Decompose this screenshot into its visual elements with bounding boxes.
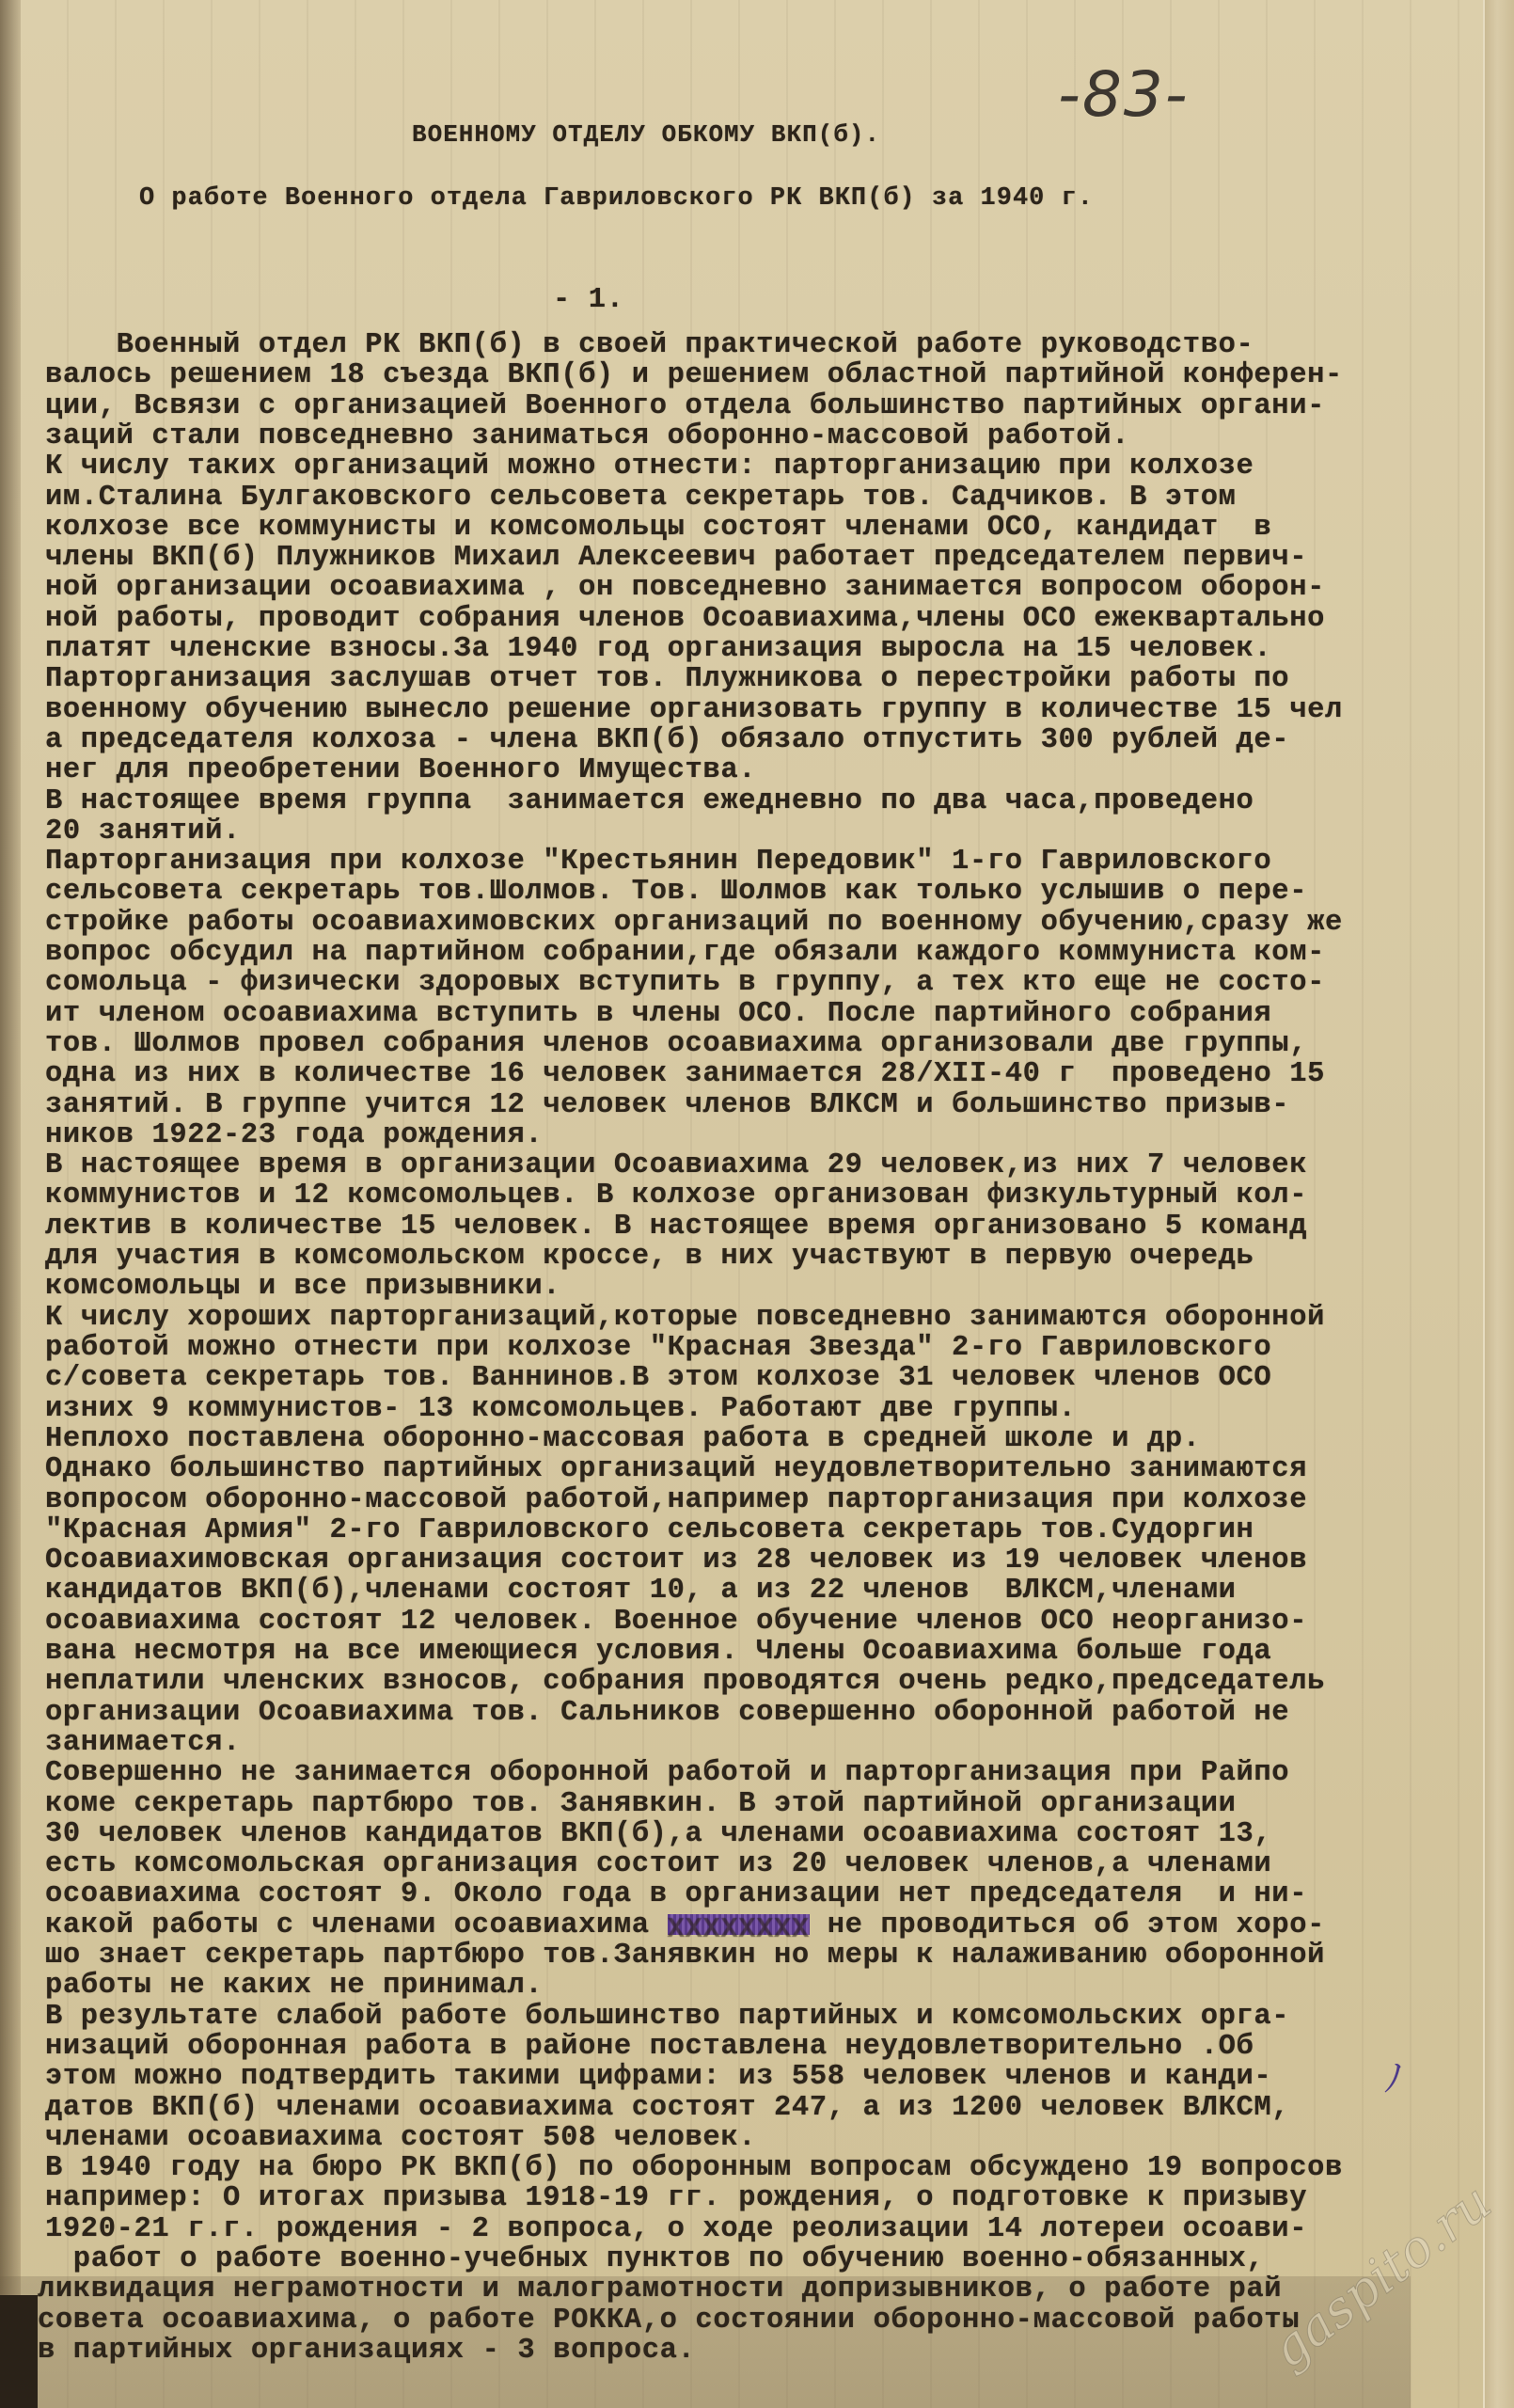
text-line: Однако большинство партийных организаций… xyxy=(45,1453,1307,1485)
text-line: колхозе все коммунисты и комсомольцы сос… xyxy=(45,512,1271,544)
text-line: занятий. В группе учится 12 человек член… xyxy=(45,1089,1289,1121)
text-line: кандидатов ВКП(б),членами состоят 10, а … xyxy=(45,1575,1237,1607)
text-line: осоавиахима состоят 12 человек. Военное … xyxy=(45,1606,1307,1638)
text-line: ной работы, проводит собрания членов Осо… xyxy=(45,603,1325,635)
text-line: неплатили членских взносов, собрания про… xyxy=(45,1666,1325,1698)
text-line: заций стали повседневно заниматься оборо… xyxy=(45,420,1129,452)
text-line: низаций оборонная работа в районе постав… xyxy=(45,2031,1254,2063)
document-header: ВОЕННОМУ ОТДЕЛУ ОБКОМУ ВКП(б). xyxy=(412,120,880,149)
text-line: какой работы с членами осоавиахима XXXXX… xyxy=(45,1909,1325,1941)
ink-struck-out-word: XXXXXXXX xyxy=(668,1914,810,1935)
text-line: Совершенно не занимается оборонной работ… xyxy=(45,1757,1289,1789)
text-line: осоавиахима состоят 9. Около года в орга… xyxy=(45,1878,1307,1910)
text-line: ит членом осоавиахима вступить в члены О… xyxy=(45,998,1271,1030)
text-line: для участия в комсомольском кроссе, в ни… xyxy=(45,1241,1254,1273)
text-line: работы не каких не принимал. xyxy=(45,1970,543,2002)
text-line: ной организации осоавиахима , он повседн… xyxy=(45,572,1325,604)
text-line: сельсовета секретарь тов.Шолмов. Тов. Шо… xyxy=(45,876,1307,908)
text-line: совета осоавиахима, о работе РОККА,о сос… xyxy=(38,2305,1300,2337)
section-number: - 1. xyxy=(553,284,624,316)
document-subtitle: О работе Военного отдела Гавриловского Р… xyxy=(139,184,1094,213)
text-line: 20 занятий. xyxy=(45,816,241,848)
handwritten-checkmark: ﾉ xyxy=(1384,2049,1403,2102)
text-line: коммунистов и 12 комсомольцев. В колхозе… xyxy=(45,1180,1307,1212)
text-line: работой можно отнести при колхозе "Красн… xyxy=(45,1332,1271,1364)
text-line: В результате слабой работе большинство п… xyxy=(45,2001,1289,2033)
text-line: тов. Шолмов провел собрания членов осоав… xyxy=(45,1028,1307,1060)
text-line: этом можно подтвердить такими цифрами: и… xyxy=(45,2061,1271,2093)
text-line: занимается. xyxy=(45,1727,241,1759)
text-line: Парторганизация при колхозе "Крестьянин … xyxy=(45,846,1271,878)
text-line: ников 1922-23 года рождения. xyxy=(45,1119,543,1151)
text-line: военному обучению вынесло решение органи… xyxy=(45,694,1343,726)
text-line: сомольца - физически здоровых вступить в… xyxy=(45,967,1325,999)
text-line: "Красная Армия" 2-го Гавриловского сельс… xyxy=(45,1514,1254,1546)
text-line: 1920-21 г.г. рождения - 2 вопроса, о ход… xyxy=(45,2213,1307,2245)
text-line: организации Осоавиахима тов. Сальников с… xyxy=(45,1697,1289,1729)
text-line: вана несмотря на все имеющиеся условия. … xyxy=(45,1636,1271,1668)
text-line: лектив в количестве 15 человек. В настоя… xyxy=(45,1211,1307,1243)
text-line: им.Сталина Булгаковского сельсовета секр… xyxy=(45,482,1237,514)
text-line: платят членские взносы.За 1940 год орган… xyxy=(45,633,1271,665)
text-line: Военный отдел РК ВКП(б) в своей практиче… xyxy=(45,329,1254,361)
text-line: датов ВКП(б) членами осоавиахима состоят… xyxy=(45,2092,1289,2124)
text-line: члены ВКП(б) Плужников Михаил Алексеевич… xyxy=(45,542,1307,574)
text-line: валось решением 18 съезда ВКП(б) и решен… xyxy=(45,359,1343,391)
text-line: В 1940 году на бюро РК ВКП(б) по оборонн… xyxy=(45,2152,1343,2184)
text-line: нег для преобретении Военного Имущества. xyxy=(45,754,756,786)
text-line: В настоящее время в организации Осоавиах… xyxy=(45,1149,1307,1181)
text-line: стройке работы осоавиахимовских организа… xyxy=(45,907,1343,939)
text-line: шо знает секретарь партбюро тов.Занявкин… xyxy=(45,1940,1325,1972)
text-line: работ о работе военно-учебных пунктов по… xyxy=(38,2243,1264,2275)
text-line: коме секретарь партбюро тов. Занявкин. В… xyxy=(45,1788,1237,1820)
text-line: в партийных организациях - 3 вопроса. xyxy=(38,2335,695,2367)
text-line: членами осоавиахима состоят 508 человек. xyxy=(45,2122,756,2154)
text-line: одна из них в количестве 16 человек зани… xyxy=(45,1058,1325,1090)
text-line: Парторганизация заслушав отчет тов. Плуж… xyxy=(45,663,1289,695)
text-line: комсомольцы и все призывники. xyxy=(45,1271,560,1303)
text-line: ции, Всвязи с организацией Военного отде… xyxy=(45,390,1325,422)
text-line: вопрос обсудил на партийном собрании,где… xyxy=(45,937,1325,969)
page-number: -83- xyxy=(1058,58,1190,131)
text-line: Осоавиахимовская организация состоит из … xyxy=(45,1545,1307,1576)
text-line: вопросом оборонно-массовой работой,напри… xyxy=(45,1484,1307,1516)
text-line: К числу таких организаций можно отнести:… xyxy=(45,451,1254,483)
text-line: а председателя колхоза - члена ВКП(б) об… xyxy=(45,724,1289,756)
text-line: например: О итогах призыва 1918-19 гг. р… xyxy=(45,2182,1307,2214)
text-line: В настоящее время группа занимается ежед… xyxy=(45,785,1254,817)
text-line: К числу хороших парторганизаций,которые … xyxy=(45,1302,1325,1334)
text-line: изних 9 коммунистов- 13 комсомольцев. Ра… xyxy=(45,1393,1076,1425)
text-line: с/совета секретарь тов. Ваннинов.В этом … xyxy=(45,1362,1271,1394)
text-line: Неплохо поставлена оборонно-массовая раб… xyxy=(45,1423,1201,1455)
text-line: ликвидация неграмотности и малограмотнос… xyxy=(38,2273,1282,2305)
text-line: есть комсомольская организация состоит и… xyxy=(45,1848,1271,1880)
text-line: 30 человек членов кандидатов ВКП(б),а чл… xyxy=(45,1818,1271,1850)
document-text: -83- ВОЕННОМУ ОТДЕЛУ ОБКОМУ ВКП(б). О ра… xyxy=(0,0,1514,2408)
